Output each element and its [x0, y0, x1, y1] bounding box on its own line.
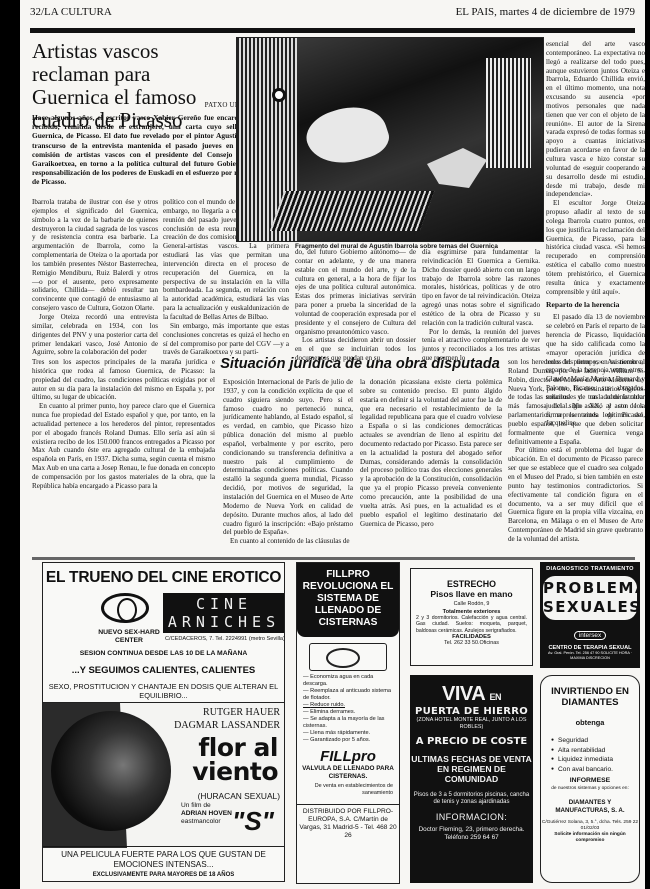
subheading: Reparto de la herencia: [546, 301, 645, 310]
paragraph: En cuanto al primer punto, hoy parece cl…: [32, 402, 215, 490]
ad-phone: Tel. 262 33 50.Oficinas: [411, 640, 532, 646]
ad-headline: VIVA EN: [410, 683, 533, 706]
sidebar-column-1: Tres son los aspectos principales de la …: [32, 358, 215, 491]
headline-main: VIVA: [442, 683, 484, 705]
poster-image: [51, 711, 171, 831]
ad-info-label: INFORMACION:: [410, 812, 533, 822]
ad-price: A PRECIO DE COSTE: [410, 736, 533, 747]
ad-location: (ZONA HOTEL MONTE REAL, JUNTO A LOS ROBL…: [410, 717, 533, 731]
tagline: SEXO, PROSTITUCION Y CHANTAJE EN DOSIS Q…: [43, 682, 284, 700]
list-item: Economiza agua en cada descarga.: [303, 674, 395, 688]
paragraph: Jorge Oteiza recordó una entrevista simi…: [32, 313, 158, 357]
paragraph: día esgrimirse para fundamentar la reivi…: [422, 248, 540, 328]
list-item: Alta rentabilidad: [551, 746, 639, 756]
paragraph: En cuanto al contenido de las cláusulas …: [223, 537, 353, 546]
company-address: C/Gutiérrez Solana, 3, 5.°, dcha. Tels. …: [541, 820, 639, 832]
ad-headline: INVIRTIENDO EN DIAMANTES: [541, 686, 639, 708]
list-item: Se adapta a la mayoría de las cisternas.: [303, 716, 395, 730]
paragraph: la donación picassiana existe cierta pol…: [360, 378, 502, 528]
masthead-date: EL PAIS, martes 4 de diciembre de 1979: [456, 6, 635, 18]
ad-subtext: NUEVO SEX-HARD CENTER: [86, 629, 172, 645]
ad-subtitle: Pisos llave en mano: [411, 589, 532, 599]
credit-prefix: Un film de: [181, 802, 211, 809]
ad-fillpro: FILLPRO REVOLUCIONA EL SISTEMA DE LLENAD…: [296, 562, 400, 884]
age-restriction: EXCLUSIVAMENTE PARA MAYORES DE 18 AÑOS: [43, 872, 284, 878]
intersex-logo: intersex: [574, 631, 606, 640]
ad-headline: ESTRECHO: [411, 579, 532, 589]
paragraph: son los herederos del pintor y, en su no…: [508, 358, 643, 446]
sidebar-column-4: son los herederos del pintor y, en su no…: [508, 358, 643, 544]
ad-problemas-sexuales: DIAGNOSTICO TRATAMIENTO PROBLEMAS SEXUAL…: [540, 562, 640, 668]
page-header: 32/LA CULTURA EL PAIS, martes 4 de dicie…: [30, 6, 635, 22]
sidebar-column-3: la donación picassiana existe cierta pol…: [360, 378, 502, 528]
list-item: Seguridad: [551, 736, 639, 746]
color-process: eastmancolor: [181, 818, 221, 825]
company-name: DIAMANTES Y MANUFACTURAS, S. A.: [541, 799, 639, 814]
feature-list: Economiza agua en cada descarga. Reempla…: [297, 674, 399, 744]
article-column-4: día esgrimirse para fundamentar la reivi…: [422, 248, 540, 363]
distributor: DISTRIBUIDO POR FILLPRO-EUROPA, S.A. C/M…: [297, 804, 399, 840]
photo-detail: [300, 97, 393, 174]
ad-headline: PROBLEMAS SEXUALES: [543, 576, 637, 620]
ad-cta: INFORMESE: [541, 777, 639, 784]
ad-contact: Doctor Fleming, 23, primero derecha. Tel…: [410, 826, 533, 842]
paragraph: Tres son los aspectos principales de la …: [32, 358, 215, 402]
actor-name: RUTGER HAUER: [203, 707, 280, 718]
ad-cine-arniches: EL TRUENO DEL CINE EROTICO NUEVO SEX-HAR…: [42, 562, 285, 882]
ad-obtain: obtenga: [541, 718, 639, 727]
ad-details: 2 y 3 dormitorios. Calefacción y agua ce…: [411, 615, 532, 634]
paragraph: Por último está el problema del lugar de…: [508, 446, 643, 543]
ad-estrecho: ESTRECHO Pisos llave en mano Calle Rodón…: [410, 568, 533, 666]
ad-top-line: DIAGNOSTICO TRATAMIENTO: [540, 566, 640, 572]
paragraph: Exposición Internacional de París de jul…: [223, 378, 353, 537]
film-alt-title: (HURACAN SEXUAL): [198, 791, 280, 801]
list-item: Reduce ruido.: [303, 702, 395, 709]
ad-diamantes: INVIRTIENDO EN DIAMANTES obtenga Segurid…: [540, 675, 640, 883]
photo-detail: [270, 191, 435, 231]
availability: De venta en establecimientos de saneamie…: [297, 783, 399, 796]
cinema-address: C/CEDACEROS, 7. Tel. 2224991 (metro Sevi…: [165, 636, 285, 642]
paragraph: do, del futuro Gobierno autónomo— de con…: [295, 248, 416, 336]
article-column-3: do, del futuro Gobierno autónomo— de con…: [295, 248, 416, 363]
cistern-illustration-icon: [309, 643, 387, 671]
actor-name: DAGMAR LASSANDER: [174, 720, 280, 731]
sidebar-column-2: Exposición Internacional de París de jul…: [223, 378, 353, 546]
paragraph: esencial del arte vasco contemporáneo. L…: [546, 40, 645, 199]
list-item: Garantizado por 5 años.: [303, 737, 395, 744]
list-item: Elimina derrames.: [303, 709, 395, 716]
list-item: Liquidez inmediata: [551, 755, 639, 765]
center-details: Av. Gral. Perón. Tel. 256 47 90 SOLICITE…: [540, 651, 640, 661]
photo-detail: [427, 148, 487, 188]
ad-address: Calle Rodón, 9: [411, 601, 532, 607]
ad-location-title: PUERTA DE HIERRO: [410, 706, 533, 717]
article-column-1: Ibarrola trataba de ilustrar con ése y o…: [32, 198, 158, 357]
session-text: SESION CONTINUA DESDE LAS 10 DE LA MAÑAN…: [43, 650, 284, 657]
rating-badge: "S": [232, 806, 274, 837]
eye-logo-icon: [101, 593, 149, 623]
ad-headline: EL TRUENO DEL CINE EROTICO: [43, 569, 284, 587]
ad-pitch: UNA PELICULA FUERTE PARA LOS QUE GUSTAN …: [43, 850, 284, 870]
fillpro-logo: FILLpro: [297, 748, 399, 765]
film-poster: RUTGER HAUER DAGMAR LASSANDER flor al vi…: [43, 702, 284, 847]
list-item: Llena más rápidamente.: [303, 730, 395, 737]
section-label: 32/LA CULTURA: [30, 6, 112, 18]
ad-features: Pisos de 3 a 5 dormitorios piscinas, can…: [410, 792, 533, 807]
newspaper-page: 32/LA CULTURA EL PAIS, martes 4 de dicie…: [20, 0, 645, 889]
sidebar-headline: Situación jurídica de una obra disputada: [220, 356, 500, 372]
paragraph: El escultor Jorge Oteiza propuso añadir …: [546, 199, 645, 296]
ads-divider: [32, 557, 635, 560]
list-item: Reemplaza al anticuado sistema de flotad…: [303, 688, 395, 702]
director-name: ADRIAN HOVEN: [181, 810, 232, 817]
ad-dates: ULTIMAS FECHAS DE VENTA EN REGIMEN DE CO…: [410, 754, 533, 784]
ad-cta-sub: de nuestros sistemas y opciones en:: [541, 786, 639, 792]
mural-photo: [236, 37, 544, 242]
cinema-marquee: CINE ARNICHES: [163, 593, 285, 633]
ad-headline: FILLPRO REVOLUCIONA EL SISTEMA DE LLENAD…: [297, 563, 399, 637]
photo-detail: [272, 88, 286, 102]
benefit-list: Seguridad Alta rentabilidad Liquidez inm…: [551, 736, 639, 774]
headline-small: EN: [490, 692, 502, 702]
photo-detail: [486, 58, 531, 168]
slogan: ...Y SEGUIMOS CALIENTES, CALIENTES: [43, 665, 284, 676]
header-rule: [30, 28, 635, 33]
ad-footer: Solicite información sin ningún compromi…: [541, 832, 639, 844]
paragraph: Ibarrola trataba de ilustrar con ése y o…: [32, 198, 158, 313]
paragraph: Sin embargo, más importante que estas co…: [163, 322, 289, 357]
product-name: VALVULA DE LLENADO PARA CISTERNAS.: [297, 765, 399, 780]
list-item: Con aval bancario.: [551, 765, 639, 775]
ad-puerta-de-hierro: VIVA EN PUERTA DE HIERRO (ZONA HOTEL MON…: [410, 675, 533, 883]
film-credits: Un film de ADRIAN HOVEN eastmancolor: [181, 802, 232, 825]
film-title: flor al viento: [168, 736, 278, 784]
